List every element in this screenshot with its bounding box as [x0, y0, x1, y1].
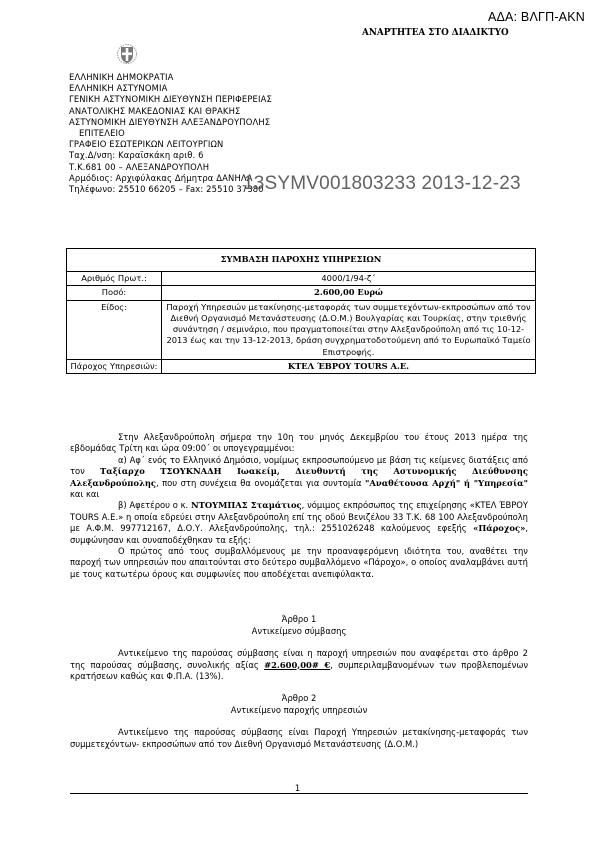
table-row: Είδος: Παροχή Υπηρεσιών μετακίνησης-μετα…: [67, 300, 536, 359]
sender-address: Ταχ.Δ/νση: Καραϊσκάκη αριθ. 6: [69, 150, 272, 161]
table-title-row: ΣΥΜΒΑΣΗ ΠΑΡΟΧΗΣ ΥΠΗΡΕΣΙΩΝ: [67, 249, 536, 272]
type-value: Παροχή Υπηρεσιών μετακίνησης-μεταφοράς τ…: [162, 300, 536, 359]
party-a-text: και και: [70, 489, 99, 499]
sender-block: ΕΛΛΗΝΙΚΗ ΔΗΜΟΚΡΑΤΙΑ ΕΛΛΗΝΙΚΗ ΑΣΤΥΝΟΜΙΑ Γ…: [69, 72, 272, 195]
article-1-title: Αντικείμενο σύμβασης: [70, 626, 528, 637]
assignment-paragraph: Ο πρώτος από τους συμβαλλόμενους με την …: [70, 546, 528, 580]
footer-divider: [70, 793, 528, 794]
article-2-text: Αντικείμενο της παρούσας σύμβασης είναι …: [70, 727, 528, 750]
contract-summary-table: ΣΥΜΒΑΣΗ ΠΑΡΟΧΗΣ ΥΠΗΡΕΣΙΩΝ Αριθμός Πρωτ.:…: [66, 248, 536, 374]
registry-stamp: 13SYMV001803233 2013-12-23: [243, 173, 521, 195]
party-b-paragraph: β) Αφετέρου ο κ. ΝΤΟΥΜΠΑΣ Σταμάτιος, νόμ…: [70, 500, 528, 546]
sender-phone: Τηλέφωνο: 25510 66205 – Fax: 25510 37380: [69, 184, 272, 195]
intro-paragraph: Στην Αλεξανδρούπολη σήμερα την 10η του μ…: [70, 432, 528, 455]
sender-line: ΓΡΑΦΕΙΟ ΕΣΩΤΕΡΙΚΩΝ ΛΕΙΤΟΥΡΓΙΩΝ: [69, 139, 272, 150]
ada-code: ΑΔΑ: ΒΛΓΠ-ΑΚΝ: [488, 10, 585, 24]
provider-label: Πάροχος Υπηρεσιών:: [67, 360, 162, 374]
party-b-name: ΝΤΟΥΜΠΑΣ Σταμάτιος: [191, 500, 302, 510]
article-1-text: Αντικείμενο της παρούσας σύμβασης είναι …: [70, 648, 528, 682]
sender-line: ΑΝΑΤΟΛΙΚΗΣ ΜΑΚΕΔΟΝΙΑΣ ΚΑΙ ΘΡΑΚΗΣ: [69, 106, 272, 117]
amount-label: Ποσό:: [67, 286, 162, 300]
amount-value: 2.600,00 Ευρώ: [162, 286, 536, 300]
party-b-text: β) Αφετέρου ο κ.: [118, 500, 191, 510]
article-2-title: Αντικείμενο παροχής υπηρεσιών: [70, 705, 528, 716]
sender-line: ΕΠΙΤΕΛΕΙΟ: [69, 128, 272, 139]
sender-line: ΑΣΤΥΝΟΜΙΚΗ ΔΙΕΥΘΥΝΣΗ ΑΛΕΞΑΝΔΡΟΥΠΟΛΗΣ: [69, 117, 272, 128]
type-label: Είδος:: [67, 300, 162, 359]
article-1-number: Άρθρο 1: [70, 614, 528, 625]
table-title: ΣΥΜΒΑΣΗ ΠΑΡΟΧΗΣ ΥΠΗΡΕΣΙΩΝ: [67, 249, 536, 272]
table-row: Ποσό: 2.600,00 Ευρώ: [67, 286, 536, 300]
table-row: Πάροχος Υπηρεσιών: ΚΤΕΛ ΈΒΡΟΥ TOURS Α.Ε.: [67, 360, 536, 374]
party-a-alias: "Αναθέτουσα Αρχή" ή "Υπηρεσία": [365, 478, 528, 488]
table-row: Αριθμός Πρωτ.: 4000/1/94-ζ΄: [67, 272, 536, 286]
article-2-number: Άρθρο 2: [70, 693, 528, 704]
party-b-alias: «Πάροχος»: [473, 523, 525, 533]
article-1-amount: #2.600,00# €: [264, 660, 330, 670]
provider-value: ΚΤΕΛ ΈΒΡΟΥ TOURS Α.Ε.: [162, 360, 536, 374]
protocol-label: Αριθμός Πρωτ.:: [67, 272, 162, 286]
sender-line: ΓΕΝΙΚΗ ΑΣΤΥΝΟΜΙΚΗ ΔΙΕΥΘΥΝΣΗ ΠΕΡΙΦΕΡΕΙΑΣ: [69, 94, 272, 105]
publish-note: ΑΝΑΡΤΗΤΕΑ ΣΤΟ ΔΙΑΔΙΚΤΥΟ: [362, 28, 509, 38]
party-a-paragraph: α) Αφ΄ ενός το Ελληνικό Δημόσιο, νομίμως…: [70, 455, 528, 501]
party-a-text: , που στη συνέχεια θα ονομάζεται για συν…: [156, 478, 365, 488]
page-number: 1: [0, 783, 595, 793]
contract-body: Στην Αλεξανδρούπολη σήμερα την 10η του μ…: [70, 432, 528, 750]
sender-contact-person: Αρμόδιος: Αρχιφύλακας Δήμητρα ΔΑΝΗΛΑ: [69, 173, 272, 184]
greek-coat-of-arms-icon: [117, 42, 137, 66]
protocol-value: 4000/1/94-ζ΄: [162, 272, 536, 286]
sender-postcode: Τ.Κ.681 00 – ΑΛΕΞΑΝΔΡΟΥΠΟΛΗ: [69, 162, 272, 173]
sender-line: ΕΛΛΗΝΙΚΗ ΑΣΤΥΝΟΜΙΑ: [69, 83, 272, 94]
sender-line: ΕΛΛΗΝΙΚΗ ΔΗΜΟΚΡΑΤΙΑ: [69, 72, 272, 83]
